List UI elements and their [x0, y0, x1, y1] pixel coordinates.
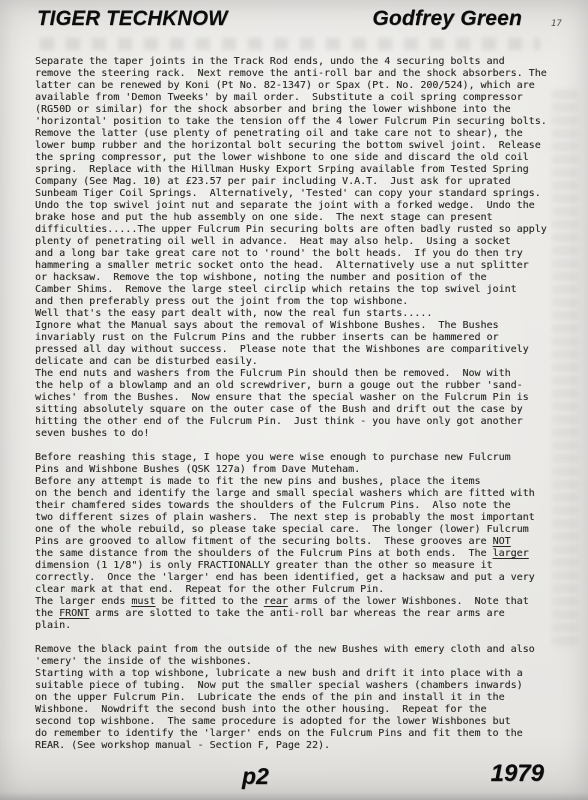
text-line: and a long bar take great care not to 'r…: [35, 248, 570, 260]
text-line: the same distance from the shoulders of …: [35, 548, 570, 560]
text-line: correctly. Once the 'larger' end has bee…: [35, 572, 570, 584]
text-line: the spring compressor, put the lower wis…: [35, 152, 570, 164]
text-line: Company (See Mag. 10) at £23.57 per pair…: [35, 176, 570, 188]
text-line: 'horizontal' position to take the tensio…: [35, 116, 570, 128]
text-line: remove the steering rack. Next remove th…: [35, 68, 570, 80]
text-line: one of the whole rebuild, so please take…: [35, 524, 570, 536]
text-line: lower bump rubber and the horizontal bol…: [35, 140, 570, 152]
text-line: dimension (1 1/8") is only FRACTIONALLY …: [35, 560, 570, 572]
text-line: and then preferably press out the joint …: [35, 296, 570, 308]
text-line: the help of a blowlamp and an old screwd…: [35, 380, 570, 392]
text-line: Sunbeam Tiger Coil Springs. Alternativel…: [35, 188, 570, 200]
text-line: on the upper Fulcrum Pin. Lubricate the …: [35, 692, 570, 704]
text-line: hammering a smaller metric socket onto t…: [35, 260, 570, 272]
text-line: brake hose and put the hub assembly on o…: [35, 212, 570, 224]
text-line: Well that's the easy part dealt with, no…: [35, 308, 570, 320]
text-line: Remove the latter (use plenty of penetra…: [35, 128, 570, 140]
text-line: Ignore what the Manual says about the re…: [35, 320, 570, 332]
text-line: their chamfered sides towards the should…: [35, 500, 570, 512]
text-line: 'emery' the inside of the wishbones.: [35, 656, 570, 668]
paragraph: Remove the black paint from the outside …: [35, 644, 570, 752]
text-line: hitting the other end of the Fulcrum Pin…: [35, 416, 570, 428]
text-line: Wishbone. Nowdrift the second bush into …: [35, 704, 570, 716]
text-line: Camber Shims. Remove the large steel cir…: [35, 284, 570, 296]
text-line: on the bench and identify the large and …: [35, 488, 570, 500]
text-line: Remove the black paint from the outside …: [35, 644, 570, 656]
text-line: Starting with a top wishbone, lubricate …: [35, 668, 570, 680]
text-line: latter can be renewed by Koni (Pt No. 82…: [35, 80, 570, 92]
text-line: the FRONT arms are slotted to take the a…: [35, 608, 570, 620]
text-line: invariably rust on the Fulcrum Pins and …: [35, 332, 570, 344]
text-line: Pins and Wishbone Bushes (QSK 127a) from…: [35, 464, 570, 476]
text-line: clear mark at that end. Repeat for the o…: [35, 584, 570, 596]
author-name: Godfrey Green: [372, 7, 522, 31]
footer-page-label: p2: [242, 763, 269, 790]
text-line: REAR. (See workshop manual - Section F, …: [35, 740, 570, 752]
text-line: sitting absolutely square on the outer c…: [35, 404, 570, 416]
paragraph: Separate the taper joints in the Track R…: [35, 56, 570, 440]
text-line: wiches' from the Bushes. Now ensure that…: [35, 392, 570, 404]
text-line: Before any attempt is made to fit the ne…: [35, 476, 570, 488]
text-line: The end nuts and washers from the Fulcru…: [35, 368, 570, 380]
text-line: suitable piece of tubing. Now put the sm…: [35, 680, 570, 692]
text-line: two different sizes of plain washers. Th…: [35, 512, 570, 524]
text-line: (RG50D or similar) for the shock absorbe…: [35, 104, 570, 116]
text-line: do remember to identify the 'larger' end…: [35, 728, 570, 740]
text-line: or hacksaw. Remove the top wishbone, not…: [35, 272, 570, 284]
text-line: plain.: [35, 620, 570, 632]
text-line: difficulties.....The upper Fulcrum Pin s…: [35, 224, 570, 236]
text-line: Separate the taper joints in the Track R…: [35, 56, 570, 68]
document-body-text: Separate the taper joints in the Track R…: [35, 56, 570, 752]
footer-year: 1979: [491, 760, 544, 788]
text-line: The larger ends must be fitted to the re…: [35, 596, 570, 608]
text-line: second top wishbone. The same procedure …: [35, 716, 570, 728]
scanned-newsletter-page: TIGER TECHKNOW Godfrey Green 17 Separate…: [0, 0, 588, 800]
text-line: available from 'Demon Tweeks' by mail or…: [35, 92, 570, 104]
paragraph: Before reashing this stage, I hope you w…: [35, 452, 570, 632]
text-line: delicate and can be disturbed easily.: [35, 356, 570, 368]
text-line: seven bushes to do!: [35, 428, 570, 440]
text-line: Before reashing this stage, I hope you w…: [35, 452, 570, 464]
text-line: spring. Replace with the Hillman Husky E…: [35, 164, 570, 176]
corner-page-number: 17: [551, 19, 562, 29]
text-line: Pins are grooved to allow fitment of the…: [35, 536, 570, 548]
text-line: plenty of penetrating oil well in advanc…: [35, 236, 570, 248]
text-line: Undo the top swivel joint nut and separa…: [35, 200, 570, 212]
text-line: pressed all day without success. Please …: [35, 344, 570, 356]
page-title: TIGER TECHKNOW: [37, 7, 228, 31]
